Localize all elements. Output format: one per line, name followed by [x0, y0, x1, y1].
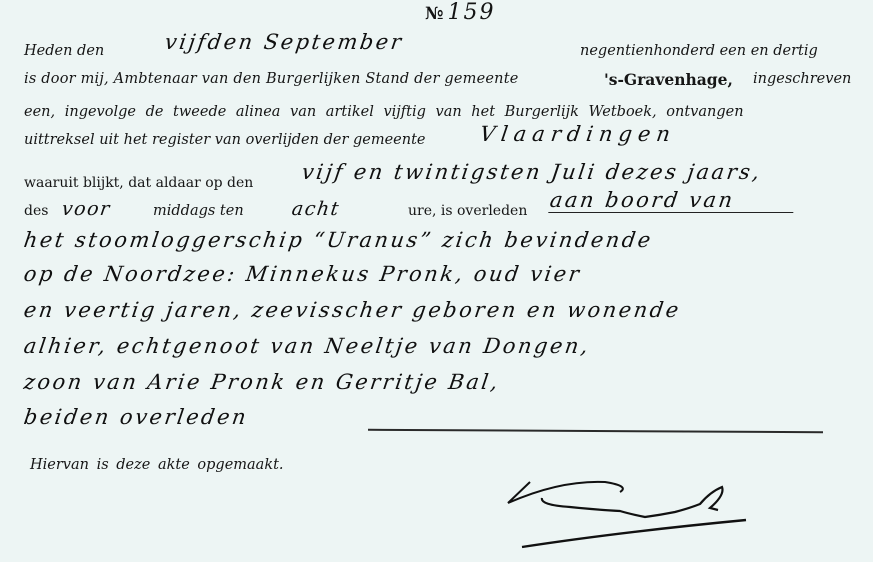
closing-statement: Hiervan is deze akte opgemaakt.	[30, 457, 284, 473]
line3-printed: een, ingevolge de tweede alinea van arti…	[24, 104, 744, 120]
line1-printed-start: Heden den	[24, 43, 104, 59]
line6-printed-overleden: ure, is overleden	[408, 203, 527, 219]
line6-printed-des: des	[24, 203, 48, 219]
municipality-name: 's-Gravenhage,	[604, 70, 733, 89]
line1-handwritten-date: vijfden September	[163, 30, 405, 54]
hand-line-1: het stoomloggerschip “Uranus” zich bevin…	[22, 228, 654, 252]
line6-handwritten-location: aan boord van	[548, 188, 796, 213]
hand-line-2: op de Noordzee: Minnekus Pronk, oud vier	[22, 262, 583, 286]
hand-line-4: alhier, echtgenoot van Neeltje van Donge…	[22, 334, 592, 358]
number-label: №	[425, 4, 443, 24]
line2-printed-end: ingeschreven	[753, 71, 851, 87]
registrar-signature	[500, 470, 780, 550]
hand-line-5: zoon van Arie Pronk en Gerritje Bal,	[22, 370, 501, 394]
line6-printed-middags: middags ten	[153, 203, 244, 219]
number-value: 159	[447, 0, 495, 25]
line5-handwritten-date: vijf en twintigsten Juli dezes jaars,	[300, 160, 763, 184]
line5-printed: waaruit blijkt, dat aldaar op den	[24, 175, 253, 191]
hand-line-3: en veertig jaren, zeevisscher geboren en…	[22, 298, 682, 322]
line6-handwritten-hour: acht	[290, 198, 341, 220]
line6-handwritten-voor: voor	[60, 198, 112, 220]
hand-line-6: beiden overleden	[22, 405, 250, 429]
closing-dash-line	[368, 429, 823, 433]
line2-municipality: 's-Gravenhage,	[604, 70, 733, 89]
certificate-number: №159	[425, 0, 495, 25]
line4-handwritten-place: Vlaardingen	[478, 122, 677, 146]
line2-printed-start: is door mij, Ambtenaar van den Burgerlij…	[24, 71, 519, 87]
death-certificate-page: №159 Heden den vijfden September negenti…	[0, 0, 873, 562]
line1-printed-year: negentienhonderd een en dertig	[580, 43, 818, 59]
line4-printed: uittreksel uit het register van overlijd…	[24, 132, 426, 148]
